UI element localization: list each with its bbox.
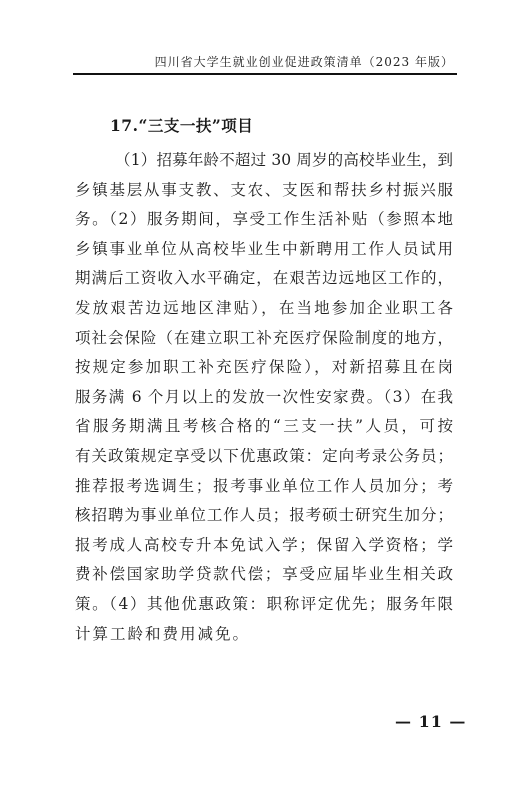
body-line: 计算工龄和费用减免。 xyxy=(75,620,453,650)
body-line: 策。（4）其他优惠政策：职称评定优先；服务年限 xyxy=(75,590,453,620)
body-line: 服务满 6 个月以上的发放一次性安家费。（3）在我 xyxy=(75,383,453,413)
body-line: 项社会保险（在建立职工补充医疗保险制度的地方， xyxy=(75,324,453,354)
page-number: — 11 — xyxy=(395,712,466,731)
body-line: 核招聘为事业单位工作人员；报考硕士研究生加分； xyxy=(75,501,453,531)
body-line: 按规定参加职工补充医疗保险），对新招募且在岗 xyxy=(75,353,453,383)
section-body: （1）招募年龄不超过 30 周岁的高校毕业生，到 乡镇基层从事支教、支农、支医和… xyxy=(75,146,453,649)
body-line: 乡镇事业单位从高校毕业生中新聘用工作人员试用 xyxy=(75,235,453,265)
body-line: 发放艰苦边远地区津贴），在当地参加企业职工各 xyxy=(75,294,453,324)
body-line: 省服务期满且考核合格的“三支一扶”人员，可按 xyxy=(75,412,453,442)
body-line: 务。（2）服务期间，享受工作生活补贴（参照本地 xyxy=(75,205,453,235)
body-line: 推荐报考选调生；报考事业单位工作人员加分；考 xyxy=(75,472,453,502)
document-title: 四川省大学生就业创业促进政策清单（2023 年版） xyxy=(155,53,454,70)
body-line: 有关政策规定享受以下优惠政策：定向考录公务员； xyxy=(75,442,453,472)
body-line: 报考成人高校专升本免试入学；保留入学资格；学 xyxy=(75,531,453,561)
body-line: 乡镇基层从事支教、支农、支医和帮扶乡村振兴服 xyxy=(75,176,453,206)
body-line: 费补偿国家助学贷款代偿；享受应届毕业生相关政 xyxy=(75,560,453,590)
header-divider xyxy=(73,73,457,75)
section-heading: 17.“三支一扶”项目 xyxy=(110,114,253,136)
body-line: （1）招募年龄不超过 30 周岁的高校毕业生，到 xyxy=(75,146,453,176)
body-line: 期满后工资收入水平确定，在艰苦边远地区工作的， xyxy=(75,264,453,294)
